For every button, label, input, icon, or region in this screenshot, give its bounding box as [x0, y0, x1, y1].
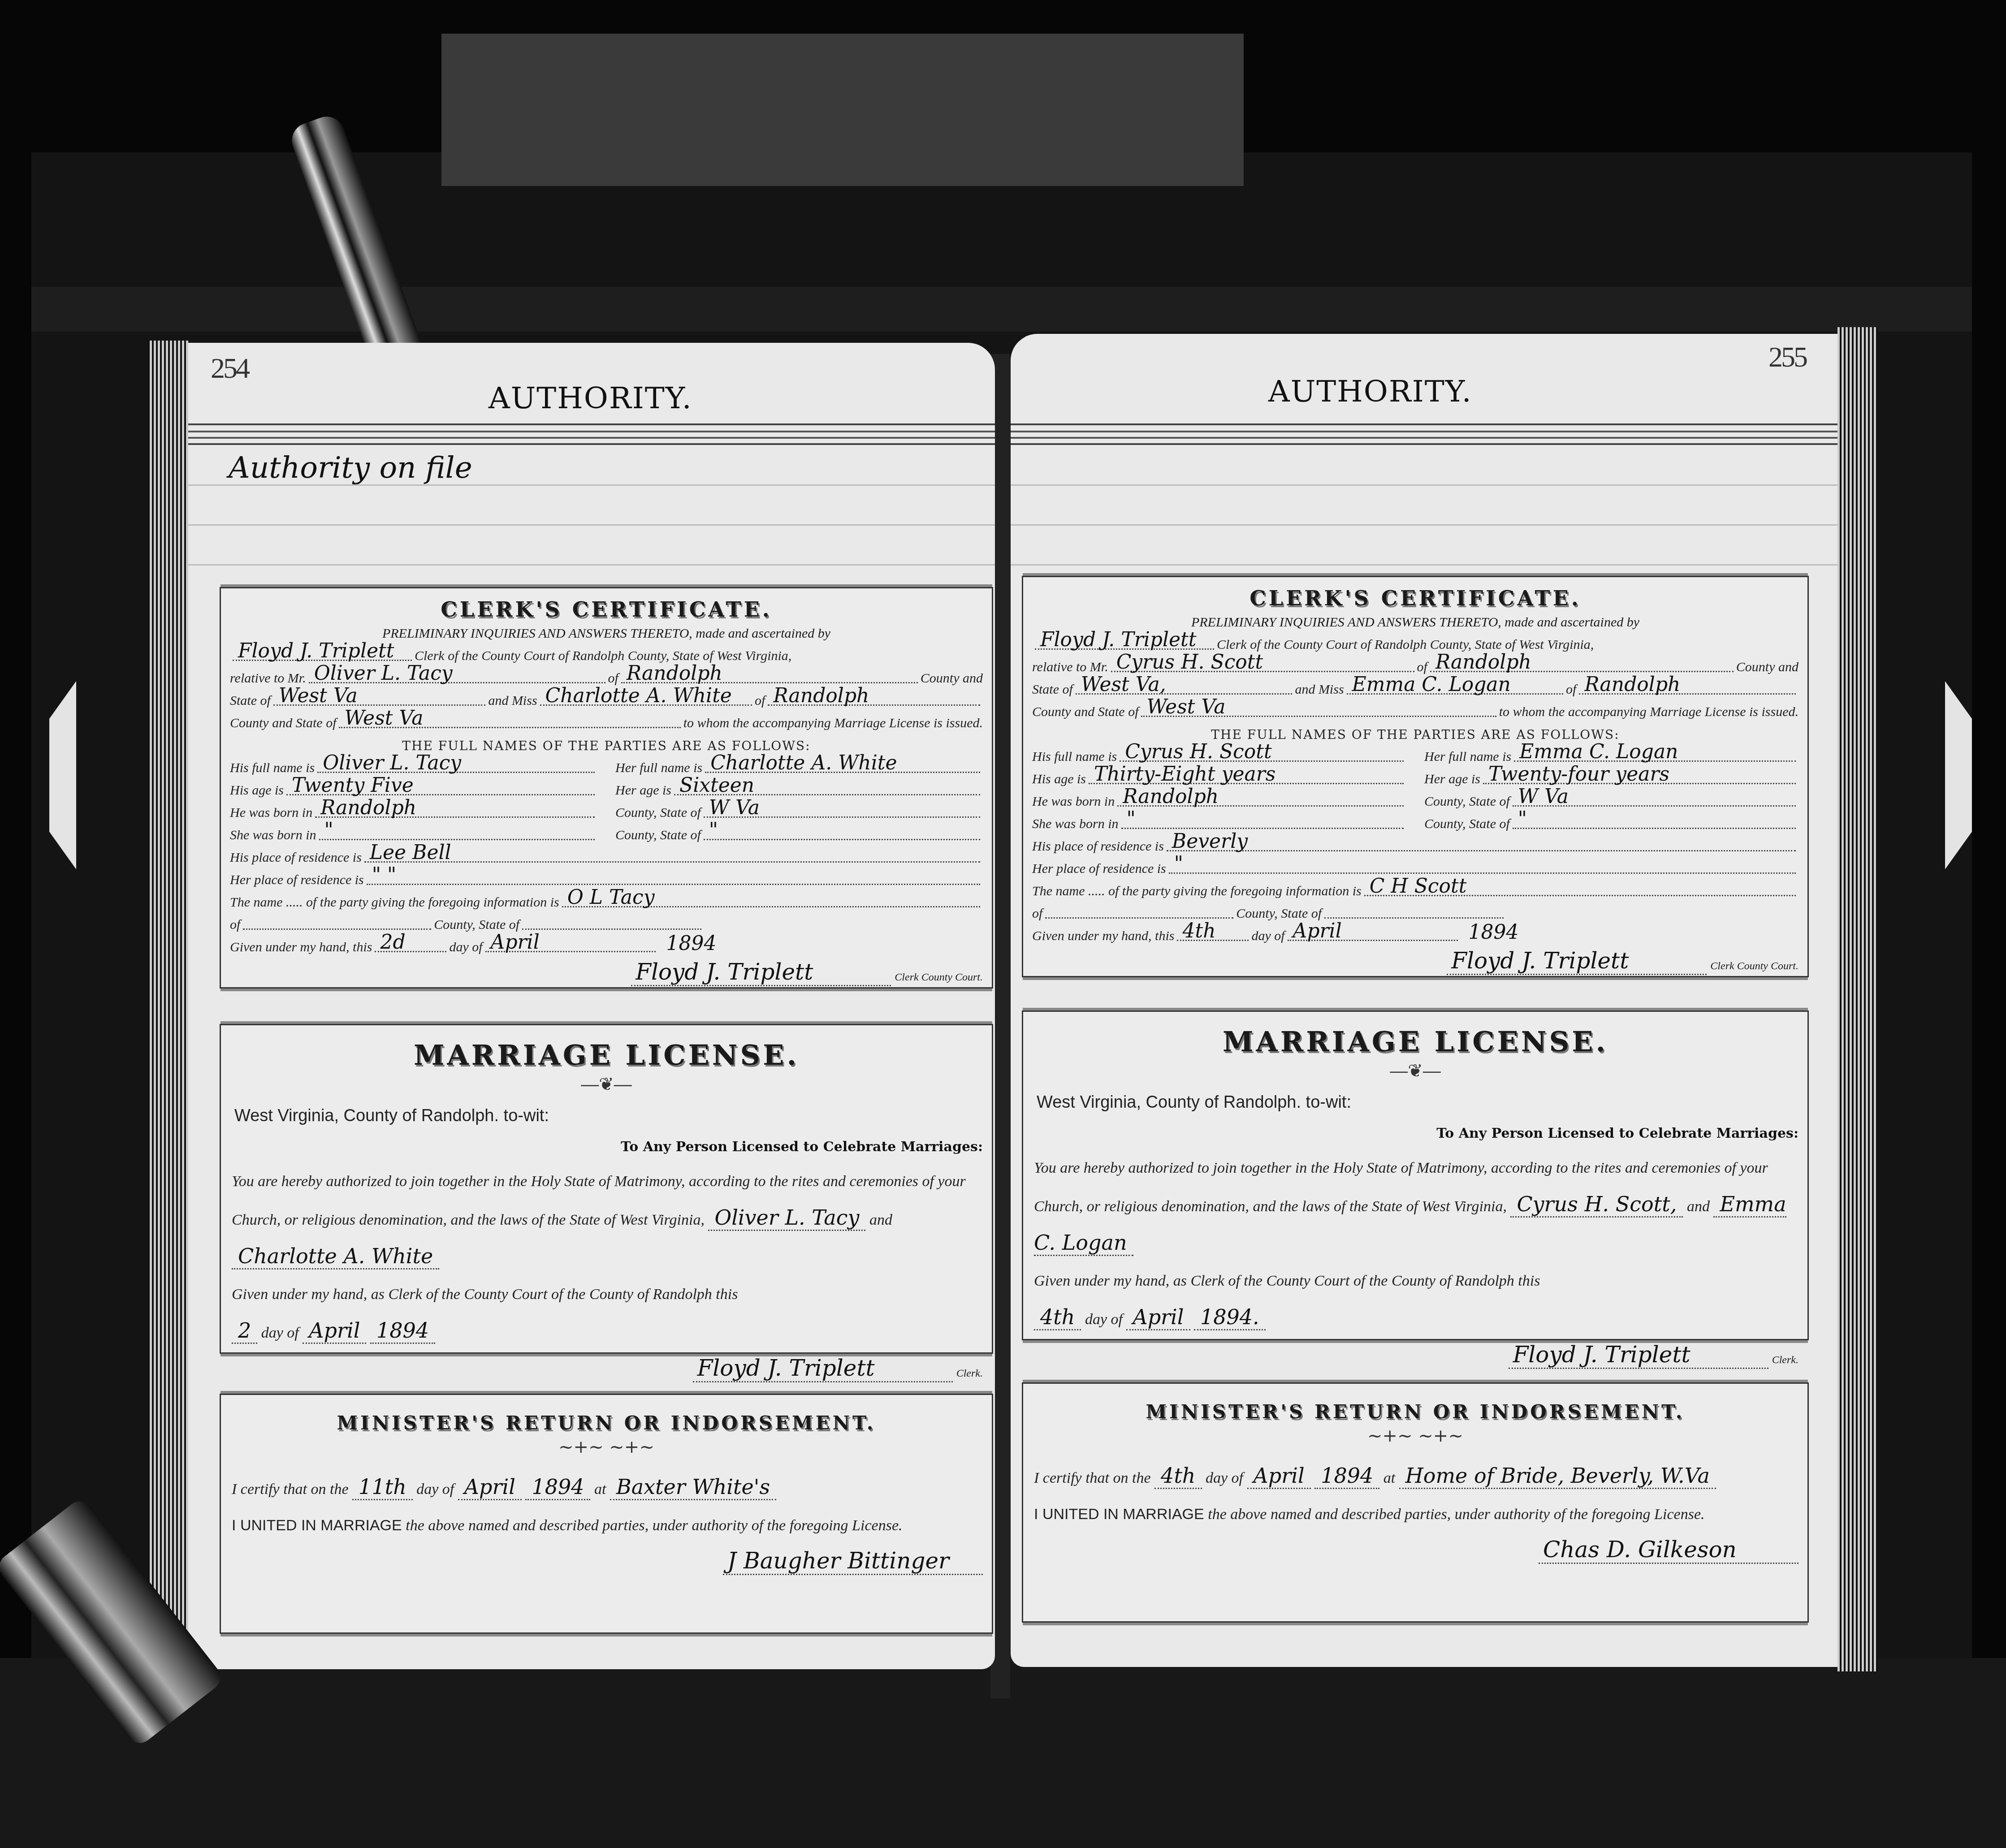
her-age-label: Her age is	[615, 783, 671, 798]
he-born-label: He was born in	[230, 805, 312, 820]
clerk-name: Floyd J. Triplett	[1040, 628, 1196, 651]
jurisdiction: West Virginia, County of Randolph. to-wi…	[221, 1097, 992, 1126]
his-residence: Lee Bell	[370, 841, 451, 864]
return-day: 11th	[352, 1475, 413, 1500]
preliminary-text: PRELIMINARY INQUIRIES AND ANSWERS THERET…	[221, 626, 992, 641]
return-year: 1894	[1314, 1464, 1379, 1489]
her-age: Sixteen	[679, 774, 754, 797]
return-place: Baxter White's	[610, 1475, 776, 1500]
clerks-certificate: CLERK'S CERTIFICATE. PRELIMINARY INQUIRI…	[220, 587, 993, 989]
county-state-label: County, State of	[615, 805, 701, 820]
and-miss-label: and Miss	[1295, 682, 1344, 697]
state-of-label: State of	[230, 693, 271, 708]
and-label: and	[1687, 1198, 1710, 1215]
certify-label: I certify that on the	[1034, 1470, 1151, 1486]
license-year: 1894	[370, 1318, 435, 1344]
his-age: Twenty Five	[292, 774, 414, 797]
groom-county: Randolph	[627, 662, 722, 685]
informant-label: The name ..... of the party giving the f…	[230, 895, 559, 910]
marriage-license: MARRIAGE LICENSE. ―❦― West Virginia, Cou…	[1022, 1010, 1809, 1340]
return-month: April	[458, 1475, 522, 1500]
license-signature: Floyd J. Triplett	[1509, 1342, 1768, 1369]
clerk-of-label: Clerk of the County Court of Randolph Co…	[1217, 637, 1594, 652]
clerk-title: Clerk.	[1772, 1354, 1798, 1366]
of-label: of	[608, 671, 618, 686]
united-label: I UNITED IN MARRIAGE	[232, 1517, 402, 1534]
return-place: Home of Bride, Beverly, W.Va	[1399, 1464, 1716, 1489]
and-label: and	[869, 1212, 892, 1228]
return-body: I certify that on the 4th day of April 1…	[1023, 1449, 1807, 1533]
groom-county: Randolph	[1435, 651, 1531, 674]
of-label: of	[1417, 660, 1427, 675]
full-names-heading: THE FULL NAMES OF THE PARTIES ARE AS FOL…	[1023, 720, 1807, 742]
day-of-label: day of	[1251, 928, 1284, 944]
day-of-label: day of	[1206, 1470, 1243, 1486]
bride-county: Randolph	[1584, 673, 1680, 696]
his-name-label: His full name is	[230, 760, 315, 776]
given-label: Given under my hand, this	[1032, 928, 1174, 944]
license-groom: Cyrus H. Scott,	[1510, 1192, 1683, 1218]
county-state-label: County, State of	[1236, 906, 1322, 921]
his-age: Thirty-Eight years	[1094, 763, 1275, 786]
given-year: 1894	[666, 932, 717, 955]
clerk-title: Clerk County Court.	[895, 971, 983, 984]
he-born-state: W Va	[709, 796, 760, 819]
state-of-label: State of	[1032, 682, 1073, 697]
county-state-label: County and State of	[230, 716, 336, 731]
county-state-label: County, State of	[1424, 816, 1510, 832]
bride-name: Charlotte A. White	[545, 684, 732, 707]
ministers-return: MINISTER'S RETURN OR INDORSEMENT. ~+~ ~+…	[220, 1394, 993, 1634]
minister-signature: Chas D. Gilkeson	[1539, 1537, 1798, 1564]
groom-state: West Va,	[1081, 673, 1166, 696]
license-body: You are hereby authorized to join togeth…	[1023, 1141, 1807, 1338]
given-day: 4th	[1182, 920, 1215, 942]
county-state-label: County, State of	[615, 828, 701, 843]
groom-name: Cyrus H. Scott	[1116, 651, 1263, 674]
return-day: 4th	[1154, 1464, 1202, 1489]
united-text: the above named and described parties, u…	[1208, 1506, 1704, 1523]
his-residence-label: His place of residence is	[230, 850, 362, 865]
clerk-signature: Floyd J. Triplett	[1447, 948, 1707, 975]
given-day: 2d	[380, 931, 405, 954]
header-rule	[188, 423, 995, 445]
his-residence-label: His place of residence is	[1032, 839, 1164, 854]
county-state-label: County and State of	[1032, 704, 1138, 720]
flourish-ornament-icon: ―❦―	[221, 1074, 992, 1095]
bride-county: Randolph	[773, 684, 869, 707]
preliminary-text: PRELIMINARY INQUIRIES AND ANSWERS THERET…	[1023, 615, 1807, 630]
her-age: Twenty-four years	[1488, 763, 1669, 786]
of-label: of	[755, 693, 765, 708]
form-title: MINISTER'S RETURN OR INDORSEMENT.	[1023, 1401, 1807, 1423]
clerk-signature: Floyd J. Triplett	[631, 959, 891, 986]
of-label: of	[230, 917, 240, 933]
bride-state: West Va	[1146, 695, 1225, 718]
page-edges-right	[1837, 327, 1878, 1671]
issued-label: to whom the accompanying Marriage Licens…	[1499, 704, 1798, 720]
her-full-name: Charlotte A. White	[710, 751, 897, 774]
jurisdiction: West Virginia, County of Randolph. to-wi…	[1023, 1084, 1807, 1112]
header-rule	[1011, 423, 1837, 445]
license-day: 2	[232, 1318, 257, 1344]
at-label: at	[594, 1481, 606, 1498]
given-month: April	[1293, 920, 1342, 942]
and-miss-label: and Miss	[488, 693, 537, 708]
he-born: Randolph	[320, 796, 416, 819]
bride-state: West Va	[344, 707, 423, 730]
license-day: 4th	[1034, 1305, 1081, 1330]
she-born-label: She was born in	[230, 828, 316, 843]
his-age-label: His age is	[230, 783, 284, 798]
she-born-state: "	[1518, 807, 1527, 830]
addressee: To Any Person Licensed to Celebrate Marr…	[221, 1126, 992, 1155]
her-name-label: Her full name is	[1424, 749, 1511, 764]
clerk-of-label: Clerk of the County Court of Randolph Co…	[415, 648, 791, 664]
clerk-name: Floyd J. Triplett	[238, 639, 394, 662]
county-state-label: County, State of	[1424, 794, 1510, 809]
minister-signature: J Baugher Bittinger	[723, 1548, 983, 1575]
clerk-title: Clerk County Court.	[1710, 960, 1798, 972]
she-born-state: "	[709, 819, 718, 842]
her-residence-label: Her place of residence is	[1032, 861, 1166, 877]
license-year: 1894.	[1194, 1305, 1266, 1330]
flourish-ornament-icon: ~+~ ~+~	[1023, 1425, 1807, 1446]
return-body: I certify that on the 11th day of April …	[221, 1460, 992, 1544]
informant-label: The name ..... of the party giving the f…	[1032, 884, 1362, 899]
groom-name: Oliver L. Tacy	[314, 662, 453, 685]
form-title: MARRIAGE LICENSE.	[1023, 1025, 1807, 1058]
full-names-heading: THE FULL NAMES OF THE PARTIES ARE AS FOL…	[221, 731, 992, 753]
day-of-label: day of	[1085, 1311, 1123, 1328]
return-year: 1894	[525, 1475, 590, 1500]
license-bride: Charlotte A. White	[232, 1244, 439, 1269]
page-heading: AUTHORITY.	[1268, 374, 1472, 409]
license-groom: Oliver L. Tacy	[708, 1205, 865, 1231]
addressee: To Any Person Licensed to Celebrate Marr…	[1023, 1112, 1807, 1141]
his-full-name: Oliver L. Tacy	[323, 751, 461, 774]
given-year: 1894	[1469, 921, 1519, 944]
form-title: CLERK'S CERTIFICATE.	[221, 597, 992, 622]
page-edges-left	[148, 341, 188, 1694]
united-text: the above named and described parties, u…	[406, 1517, 902, 1534]
county-state-label: County, State of	[434, 917, 519, 933]
license-text-2: Given under my hand, as Clerk of the Cou…	[1034, 1273, 1540, 1289]
marriage-license: MARRIAGE LICENSE. ―❦― West Virginia, Cou…	[220, 1024, 993, 1354]
form-title: MARRIAGE LICENSE.	[221, 1039, 992, 1071]
license-text-2: Given under my hand, as Clerk of the Cou…	[232, 1286, 738, 1303]
form-title: CLERK'S CERTIFICATE.	[1023, 586, 1807, 610]
ministers-return: MINISTER'S RETURN OR INDORSEMENT. ~+~ ~+…	[1022, 1382, 1809, 1623]
return-month: April	[1247, 1464, 1311, 1489]
he-born-label: He was born in	[1032, 794, 1115, 809]
given-label: Given under my hand, this	[230, 940, 372, 955]
his-name-label: His full name is	[1032, 749, 1117, 764]
certify-label: I certify that on the	[232, 1481, 349, 1498]
day-of-label: day of	[261, 1325, 299, 1341]
at-label: at	[1383, 1470, 1395, 1486]
her-age-label: Her age is	[1424, 772, 1480, 787]
authority-note: Authority on file	[229, 450, 472, 485]
county-and-label: County and	[921, 671, 983, 686]
flourish-ornament-icon: ―❦―	[1023, 1061, 1807, 1081]
of-label: of	[1032, 906, 1042, 921]
his-residence: Beverly	[1172, 830, 1248, 853]
united-label: I UNITED IN MARRIAGE	[1034, 1506, 1204, 1523]
his-full-name: Cyrus H. Scott	[1125, 740, 1271, 763]
groom-state: West Va	[279, 684, 358, 707]
license-month: April	[1126, 1305, 1190, 1330]
form-title: MINISTER'S RETURN OR INDORSEMENT.	[221, 1412, 992, 1434]
given-month: April	[491, 931, 540, 954]
informant: C H Scott	[1370, 875, 1467, 898]
backdrop-band	[31, 287, 1972, 332]
day-of-label: day of	[449, 940, 482, 955]
page-number: 255	[1768, 341, 1806, 374]
clerks-certificate: CLERK'S CERTIFICATE. PRELIMINARY INQUIRI…	[1022, 576, 1809, 977]
page-number: 254	[211, 352, 248, 385]
county-and-label: County and	[1736, 660, 1798, 675]
page-heading: AUTHORITY.	[489, 381, 692, 415]
her-name-label: Her full name is	[615, 760, 702, 776]
she-born: "	[324, 819, 333, 842]
day-of-label: day of	[416, 1481, 454, 1498]
license-signature: Floyd J. Triplett	[693, 1355, 953, 1382]
of-label: of	[1566, 682, 1576, 697]
clip-tab	[441, 34, 1244, 186]
her-residence: "	[1174, 852, 1183, 875]
left-page: 254 AUTHORITY. Authority on file CLERK'S…	[188, 343, 995, 1669]
issued-label: to whom the accompanying Marriage Licens…	[683, 716, 983, 731]
ruled-lines	[1011, 446, 1837, 585]
she-born-label: She was born in	[1032, 816, 1119, 832]
right-page: 255 AUTHORITY. CLERK'S CERTIFICATE. PREL…	[1011, 334, 1837, 1667]
license-month: April	[303, 1318, 366, 1344]
license-body: You are hereby authorized to join togeth…	[221, 1155, 992, 1351]
he-born: Randolph	[1123, 785, 1219, 808]
informant: O L Tacy	[567, 886, 655, 909]
her-full-name: Emma C. Logan	[1519, 740, 1678, 763]
his-age-label: His age is	[1032, 772, 1086, 787]
her-residence-label: Her place of residence is	[230, 872, 364, 888]
clerk-title: Clerk.	[956, 1368, 983, 1380]
her-residence: " "	[372, 864, 396, 886]
he-born-state: W Va	[1518, 785, 1569, 808]
relative-label: relative to Mr.	[1032, 660, 1108, 675]
bride-name: Emma C. Logan	[1352, 673, 1511, 696]
she-born: "	[1127, 807, 1136, 830]
relative-label: relative to Mr.	[230, 671, 306, 686]
flourish-ornament-icon: ~+~ ~+~	[221, 1437, 992, 1457]
